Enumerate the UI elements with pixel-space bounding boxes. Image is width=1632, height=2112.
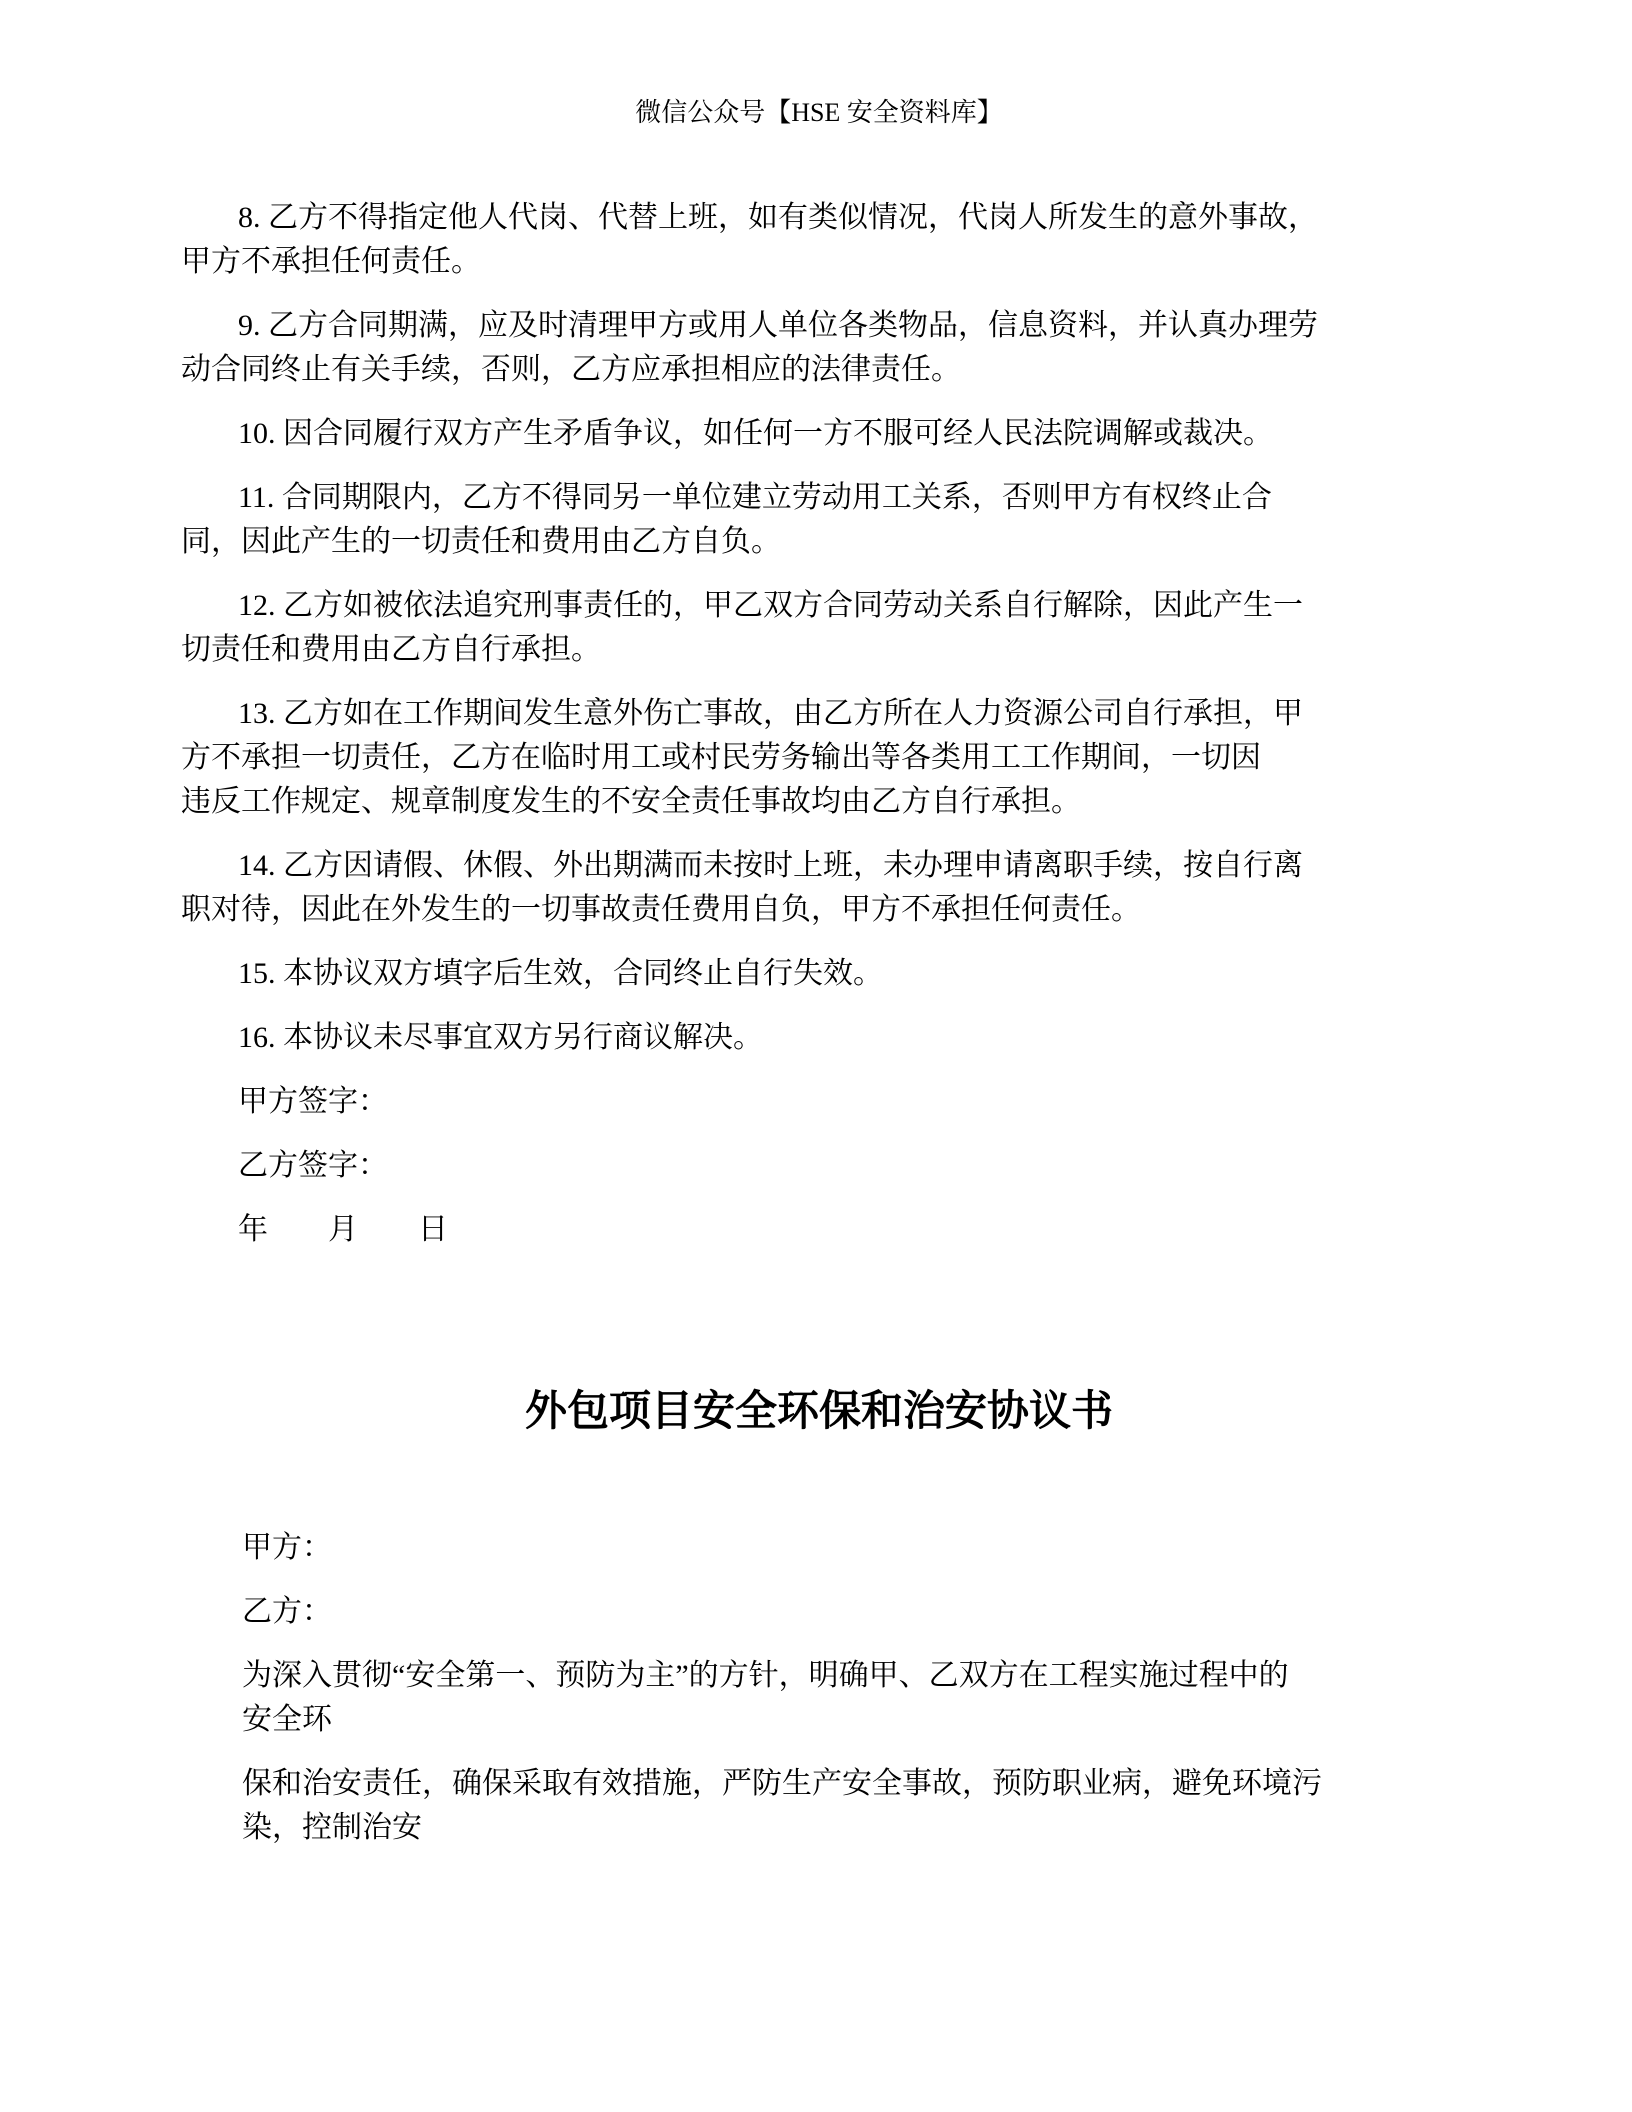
party-b-signature-label: 乙方签字： [181, 1144, 1457, 1188]
clause-15-line-1: 15. 本协议双方填字后生效，合同终止自行失效。 [181, 952, 1457, 996]
clause-8-line-2: 甲方不承担任何责任。 [181, 240, 1457, 284]
intro-paragraph-2: 保和治安责任，确保采取有效措施，严防生产安全事故，预防职业病，避免环境污 染，控… [242, 1762, 1457, 1850]
intro-paragraph-2-line-2: 染，控制治安 [242, 1806, 1457, 1850]
clause-13-line-1: 13. 乙方如在工作期间发生意外伤亡事故，由乙方所在人力资源公司自行承担，甲 [181, 692, 1457, 736]
clause-9-line-2: 动合同终止有关手续，否则，乙方应承担相应的法律责任。 [181, 348, 1457, 392]
clause-13-line-3: 违反工作规定、规章制度发生的不安全责任事故均由乙方自行承担。 [181, 780, 1457, 824]
party-a-label: 甲方： [242, 1526, 1457, 1570]
intro-paragraph-2-line-1: 保和治安责任，确保采取有效措施，严防生产安全事故，预防职业病，避免环境污 [242, 1762, 1457, 1806]
outsourced-agreement-intro-section: 甲方： 乙方： 为深入贯彻“安全第一、预防为主”的方针，明确甲、乙双方在工程实施… [242, 1526, 1457, 1850]
clause-11-line-1: 11. 合同期限内，乙方不得同另一单位建立劳动用工关系，否则甲方有权终止合 [181, 476, 1457, 520]
clause-15: 15. 本协议双方填字后生效，合同终止自行失效。 [181, 952, 1457, 996]
agreement-title: 外包项目安全环保和治安协议书 [181, 1382, 1457, 1442]
clause-12-line-1: 12. 乙方如被依法追究刑事责任的，甲乙双方合同劳动关系自行解除，因此产生一 [181, 584, 1457, 628]
intro-paragraph-1-line-2: 安全环 [242, 1698, 1457, 1742]
party-a-signature-line: 甲方签字： [181, 1080, 1457, 1124]
clause-8-line-1: 8. 乙方不得指定他人代岗、代替上班，如有类似情况，代岗人所发生的意外事故， [181, 196, 1457, 240]
clause-16-line-1: 16. 本协议未尽事宜双方另行商议解决。 [181, 1016, 1457, 1060]
clause-9: 9. 乙方合同期满，应及时清理甲方或用人单位各类物品，信息资料，并认真办理劳 动… [181, 304, 1457, 392]
clause-11-line-2: 同，因此产生的一切责任和费用由乙方自负。 [181, 520, 1457, 564]
date-line-label: 年 月 日 [181, 1208, 1457, 1252]
document-page: 微信公众号【HSE 安全资料库】 8. 乙方不得指定他人代岗、代替上班，如有类似… [0, 0, 1632, 2112]
page-header-watermark: 微信公众号【HSE 安全资料库】 [181, 96, 1457, 130]
date-line: 年 月 日 [181, 1208, 1457, 1252]
clause-14-line-2: 职对待，因此在外发生的一切事故责任费用自负，甲方不承担任何责任。 [181, 888, 1457, 932]
clause-12-line-2: 切责任和费用由乙方自行承担。 [181, 628, 1457, 672]
clause-14-line-1: 14. 乙方因请假、休假、外出期满而未按时上班，未办理申请离职手续，按自行离 [181, 844, 1457, 888]
party-b-line: 乙方： [242, 1590, 1457, 1634]
clause-14: 14. 乙方因请假、休假、外出期满而未按时上班，未办理申请离职手续，按自行离 职… [181, 844, 1457, 932]
clause-16: 16. 本协议未尽事宜双方另行商议解决。 [181, 1016, 1457, 1060]
party-a-signature-label: 甲方签字： [181, 1080, 1457, 1124]
clause-11: 11. 合同期限内，乙方不得同另一单位建立劳动用工关系，否则甲方有权终止合 同，… [181, 476, 1457, 564]
clause-10: 10. 因合同履行双方产生矛盾争议，如任何一方不服可经人民法院调解或裁决。 [181, 412, 1457, 456]
clause-12: 12. 乙方如被依法追究刑事责任的，甲乙双方合同劳动关系自行解除，因此产生一 切… [181, 584, 1457, 672]
party-a-line: 甲方： [242, 1526, 1457, 1570]
clause-13: 13. 乙方如在工作期间发生意外伤亡事故，由乙方所在人力资源公司自行承担，甲 方… [181, 692, 1457, 824]
clause-9-line-1: 9. 乙方合同期满，应及时清理甲方或用人单位各类物品，信息资料，并认真办理劳 [181, 304, 1457, 348]
clause-8: 8. 乙方不得指定他人代岗、代替上班，如有类似情况，代岗人所发生的意外事故， 甲… [181, 196, 1457, 284]
clause-10-line-1: 10. 因合同履行双方产生矛盾争议，如任何一方不服可经人民法院调解或裁决。 [181, 412, 1457, 456]
party-b-label: 乙方： [242, 1590, 1457, 1634]
party-b-signature-line: 乙方签字： [181, 1144, 1457, 1188]
labor-agreement-clauses-section: 8. 乙方不得指定他人代岗、代替上班，如有类似情况，代岗人所发生的意外事故， 甲… [181, 196, 1457, 1252]
intro-paragraph-1-line-1: 为深入贯彻“安全第一、预防为主”的方针，明确甲、乙双方在工程实施过程中的 [242, 1654, 1457, 1698]
intro-paragraph-1: 为深入贯彻“安全第一、预防为主”的方针，明确甲、乙双方在工程实施过程中的 安全环 [242, 1654, 1457, 1742]
clause-13-line-2: 方不承担一切责任，乙方在临时用工或村民劳务输出等各类用工工作期间，一切因 [181, 736, 1457, 780]
